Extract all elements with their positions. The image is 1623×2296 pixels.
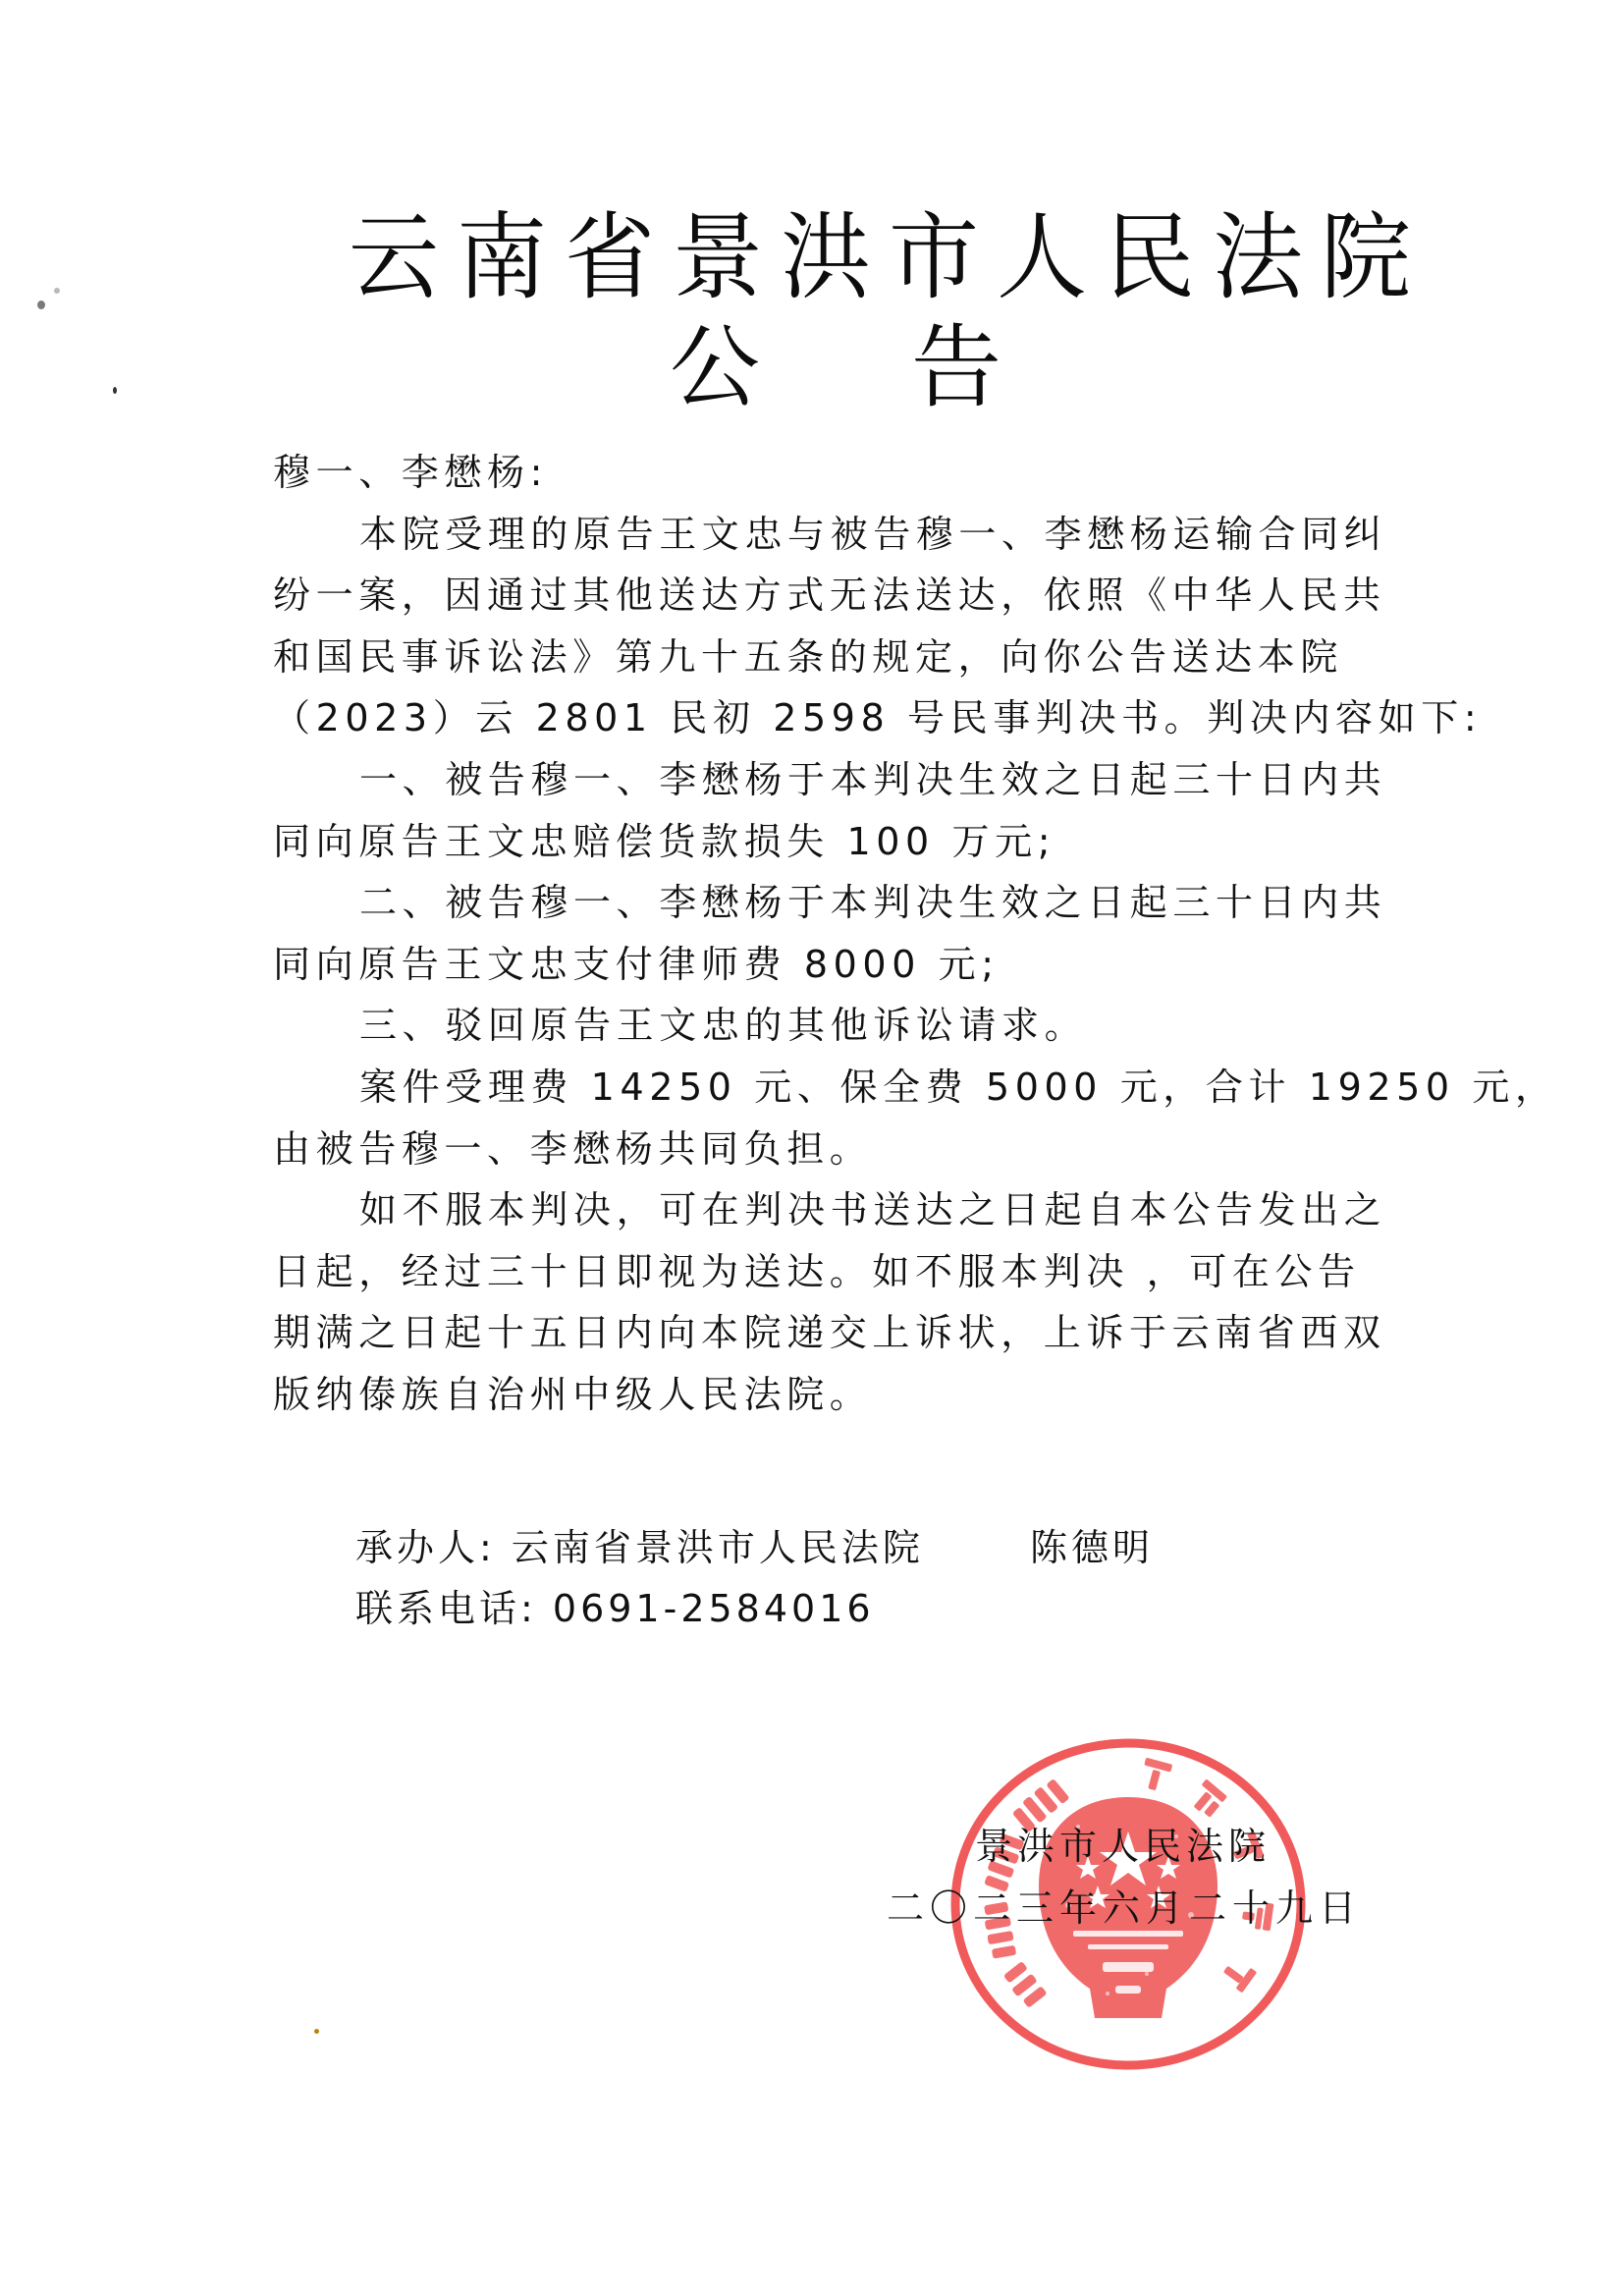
phone-row: 联系电话: 0691-2584016 (355, 1578, 1154, 1639)
handler-row: 承办人: 云南省景洪市人民法院 陈德明 (355, 1517, 1154, 1578)
notice-title-char-2: 告 (911, 319, 1001, 417)
signature-date: 二〇二三年六月二十九日 (887, 1885, 1362, 1932)
judgment-item-3: 三、驳回原告王文忠的其他诉讼请求。 (273, 995, 1412, 1057)
court-notice-page: 云南省景洪市人民法院 公 告 穆一、李懋杨: 本院受理的原告王文忠与被告穆一、李… (0, 0, 1623, 2296)
handler-name: 陈德明 (1030, 1526, 1154, 1569)
body-line: 日起，经过三十日即视为送达。如不服本判决 ，可在公告 (273, 1241, 1412, 1303)
body-line: 纷一案，因通过其他送达方式无法送达，依照《中华人民共 (273, 565, 1412, 627)
notice-title-char-1: 公 (670, 319, 760, 417)
scan-speck (37, 301, 45, 309)
body-line: （2023）云 2801 民初 2598 号民事判决书。判决内容如下: (273, 687, 1412, 749)
judgment-item-1: 一、被告穆一、李懋杨于本判决生效之日起三十日内共 (273, 749, 1412, 811)
handler-label: 承办人: (355, 1526, 496, 1569)
handler-org: 云南省景洪市人民法院 (512, 1526, 924, 1569)
signature-org: 景洪市人民法院 (975, 1823, 1271, 1870)
appeal-line: 如不服本判决，可在判决书送达之日起自本公告发出之 (273, 1179, 1412, 1241)
addressee: 穆一、李懋杨: (273, 442, 1412, 504)
body-line: 同向原告王文忠赔偿货款损失 100 万元; (273, 811, 1412, 873)
scan-speck (54, 288, 60, 294)
body-line: 本院受理的原告王文忠与被告穆一、李懋杨运输合同纠 (273, 504, 1412, 566)
phone-number: 0691-2584016 (553, 1587, 875, 1630)
notice-body: 穆一、李懋杨: 本院受理的原告王文忠与被告穆一、李懋杨运输合同纠 纷一案，因通过… (273, 442, 1412, 1426)
body-line: 版纳傣族自治州中级人民法院。 (273, 1364, 1412, 1426)
notice-title: 公 告 (0, 319, 1623, 417)
contact-block: 承办人: 云南省景洪市人民法院 陈德明 联系电话: 0691-2584016 (355, 1517, 1154, 1639)
phone-label: 联系电话: (355, 1587, 537, 1630)
body-line: 期满之日起十五日内向本院递交上诉状，上诉于云南省西双 (273, 1302, 1412, 1364)
scan-speck (314, 2029, 319, 2034)
judgment-item-2: 二、被告穆一、李懋杨于本判决生效之日起三十日内共 (273, 872, 1412, 934)
body-line: 由被告穆一、李懋杨共同负担。 (273, 1119, 1412, 1180)
body-line: 和国民事诉讼法》第九十五条的规定，向你公告送达本院 (273, 627, 1412, 688)
scan-speck (113, 387, 117, 394)
court-title: 云南省景洪市人民法院 (349, 201, 1330, 315)
body-line: 同向原告王文忠支付律师费 8000 元; (273, 934, 1412, 996)
fees-line: 案件受理费 14250 元、保全费 5000 元，合计 19250 元， (273, 1057, 1412, 1119)
